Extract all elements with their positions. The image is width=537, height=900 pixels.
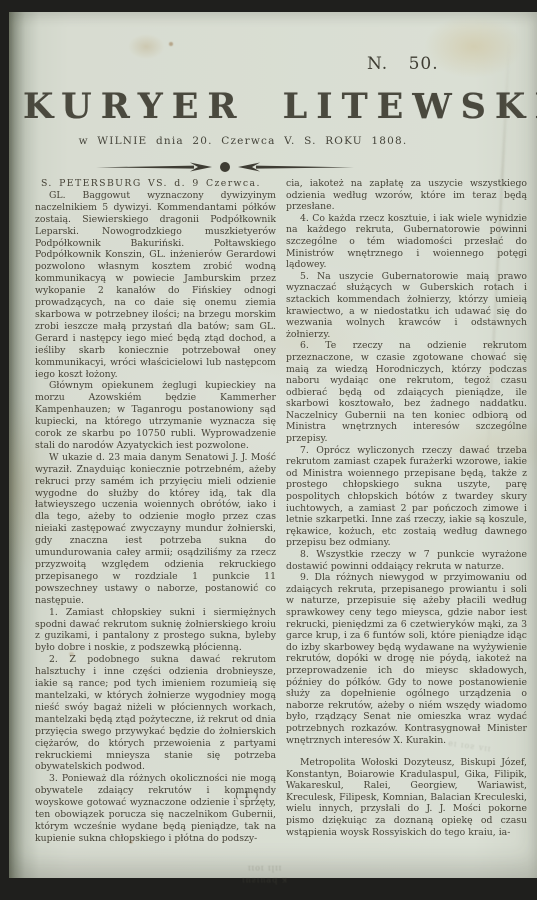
paper-speck: [129, 840, 133, 844]
ornamental-divider-icon: [94, 158, 356, 176]
paper-speck: [169, 42, 173, 46]
paragraph: 3. Ponieważ dla różnych okoliczności nie…: [35, 773, 276, 844]
newspaper-page: N. 50. KURYER LITEWSKI w WILNIE dnia 20.…: [9, 12, 537, 878]
paragraph: 7. Oprócz wyliczonych rzeczy dawać trzeb…: [286, 445, 527, 549]
issue-number: N. 50.: [367, 54, 487, 74]
show-through-smudge: ıılı ıoıı: [247, 864, 281, 873]
paragraph: 4. Co każda rzecz kosztuie, i iak wiele …: [286, 213, 527, 271]
page-title: KURYER LITEWSKI: [23, 86, 463, 127]
paragraph: 9. Dla różnych niewygod w przyimowaniu o…: [286, 572, 527, 746]
paper-speck: [309, 312, 312, 315]
paragraph: GL. Baggowut wyznaczony dywizyinym nacze…: [35, 190, 276, 381]
paragraph: S. PETERSBURG VS. d. 9 Czerwca.: [35, 178, 276, 190]
paragraph: 1. Zamiast chłopskiey sukni i siermiężny…: [35, 607, 276, 655]
show-through-smudge: ĸ bɐuıƨuı: [241, 876, 287, 885]
paragraph: W ukazie d. 23 maia danym Senatowi J. J.…: [35, 452, 276, 607]
scanned-newspaper-screenshot: { "masthead": { "issue_number": "N. 50."…: [0, 0, 537, 900]
paragraph: 2. Z podobnego sukna dawać rekrutom hals…: [35, 654, 276, 773]
paragraph: Metropolita Wołoski Dozyteusz, Biskupi J…: [286, 757, 527, 838]
paragraph: 8. Wszystkie rzeczy w 7 punkcie wyrażone…: [286, 549, 527, 572]
sheet-number: ( 1 ): [235, 790, 295, 801]
paragraph: 5. Na uszycie Gubernatorowie maią prawo …: [286, 271, 527, 341]
paragraph: cia, iakoteż na zapłatę za uszycie wszys…: [286, 178, 527, 213]
dateline: w WILNIE dnia 20. Czerwca V. S. ROKU 180…: [23, 135, 463, 147]
paragraph: Głównym opiekunem żeglugi kupieckiey na …: [35, 380, 276, 451]
column-left: S. PETERSBURG VS. d. 9 Czerwca.GL. Baggo…: [35, 178, 276, 845]
paper-speck: [69, 652, 74, 656]
masthead: KURYER LITEWSKI w WILNIE dnia 20. Czerwc…: [23, 86, 463, 147]
